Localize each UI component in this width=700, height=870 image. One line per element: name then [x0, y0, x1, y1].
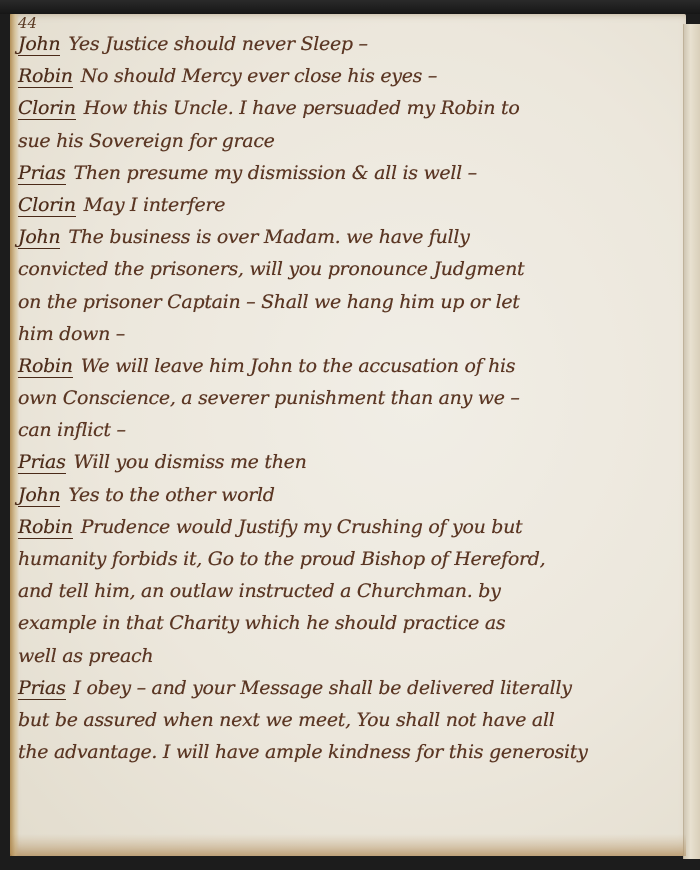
line-text: but be assured when next we meet, You sh… — [18, 709, 555, 731]
line-text: example in that Charity which he should … — [18, 612, 505, 634]
text-line: ClorinHow this Uncle. I have persuaded m… — [18, 92, 656, 124]
manuscript-page: 44 JohnYes Justice should never Sleep – … — [10, 14, 686, 856]
line-text: can inflict – — [18, 419, 126, 441]
line-text: on the prisoner Captain – Shall we hang … — [18, 291, 520, 313]
line-text: the advantage. I will have ample kindnes… — [18, 741, 588, 763]
line-text: The business is over Madam. we have full… — [68, 226, 469, 248]
speaker-name: Prias — [18, 677, 66, 700]
line-text: well as preach — [18, 645, 153, 667]
line-text: Yes to the other world — [68, 484, 274, 506]
text-line: own Conscience, a severer punishment tha… — [18, 382, 656, 414]
line-text: own Conscience, a severer punishment tha… — [18, 387, 520, 409]
text-line: but be assured when next we meet, You sh… — [18, 704, 656, 736]
line-text: Prudence would Justify my Crushing of yo… — [81, 516, 523, 538]
text-line: RobinNo should Mercy ever close his eyes… — [18, 60, 656, 92]
speaker-name: Prias — [18, 162, 66, 185]
text-line: PriasI obey – and your Message shall be … — [18, 672, 656, 704]
text-line: and tell him, an outlaw instructed a Chu… — [18, 575, 656, 607]
text-line: example in that Charity which he should … — [18, 607, 656, 639]
speaker-name: Clorin — [18, 194, 76, 217]
text-line: convicted the prisoners, will you pronou… — [18, 253, 656, 285]
text-line: sue his Sovereign for grace — [18, 125, 656, 157]
speaker-name: Clorin — [18, 97, 76, 120]
line-text: May I interfere — [84, 194, 225, 216]
line-text: convicted the prisoners, will you pronou… — [18, 258, 524, 280]
text-line: on the prisoner Captain – Shall we hang … — [18, 286, 656, 318]
manuscript-text: JohnYes Justice should never Sleep – Rob… — [18, 28, 656, 768]
scanner-top-border — [0, 0, 700, 14]
line-text: How this Uncle. I have persuaded my Robi… — [84, 97, 520, 119]
speaker-name: Robin — [18, 65, 73, 88]
text-line: humanity forbids it, Go to the proud Bis… — [18, 543, 656, 575]
line-text: Will you dismiss me then — [74, 451, 307, 473]
text-line: JohnYes Justice should never Sleep – — [18, 28, 656, 60]
speaker-name: John — [18, 226, 60, 249]
speaker-name: John — [18, 484, 60, 507]
speaker-name: Robin — [18, 516, 73, 539]
text-line: PriasThen presume my dismission & all is… — [18, 157, 656, 189]
speaker-name: Robin — [18, 355, 73, 378]
line-text: and tell him, an outlaw instructed a Chu… — [18, 580, 501, 602]
line-text: humanity forbids it, Go to the proud Bis… — [18, 548, 545, 570]
text-line: the advantage. I will have ample kindnes… — [18, 736, 656, 768]
line-text: I obey – and your Message shall be deliv… — [74, 677, 572, 699]
text-line: PriasWill you dismiss me then — [18, 446, 656, 478]
text-line: RobinPrudence would Justify my Crushing … — [18, 511, 656, 543]
text-line: RobinWe will leave him John to the accus… — [18, 350, 656, 382]
line-text: sue his Sovereign for grace — [18, 130, 275, 152]
line-text: him down – — [18, 323, 125, 345]
text-line: JohnThe business is over Madam. we have … — [18, 221, 656, 253]
text-line: him down – — [18, 318, 656, 350]
text-line: well as preach — [18, 640, 656, 672]
text-line: ClorinMay I interfere — [18, 189, 656, 221]
page-foxing — [10, 834, 686, 856]
line-text: Yes Justice should never Sleep – — [68, 33, 367, 55]
line-text: Then presume my dismission & all is well… — [74, 162, 477, 184]
text-line: JohnYes to the other world — [18, 479, 656, 511]
speaker-name: Prias — [18, 451, 66, 474]
text-line: can inflict – — [18, 414, 656, 446]
page-fold-binding — [683, 24, 700, 859]
speaker-name: John — [18, 33, 60, 56]
line-text: We will leave him John to the accusation… — [81, 355, 516, 377]
line-text: No should Mercy ever close his eyes – — [81, 65, 437, 87]
